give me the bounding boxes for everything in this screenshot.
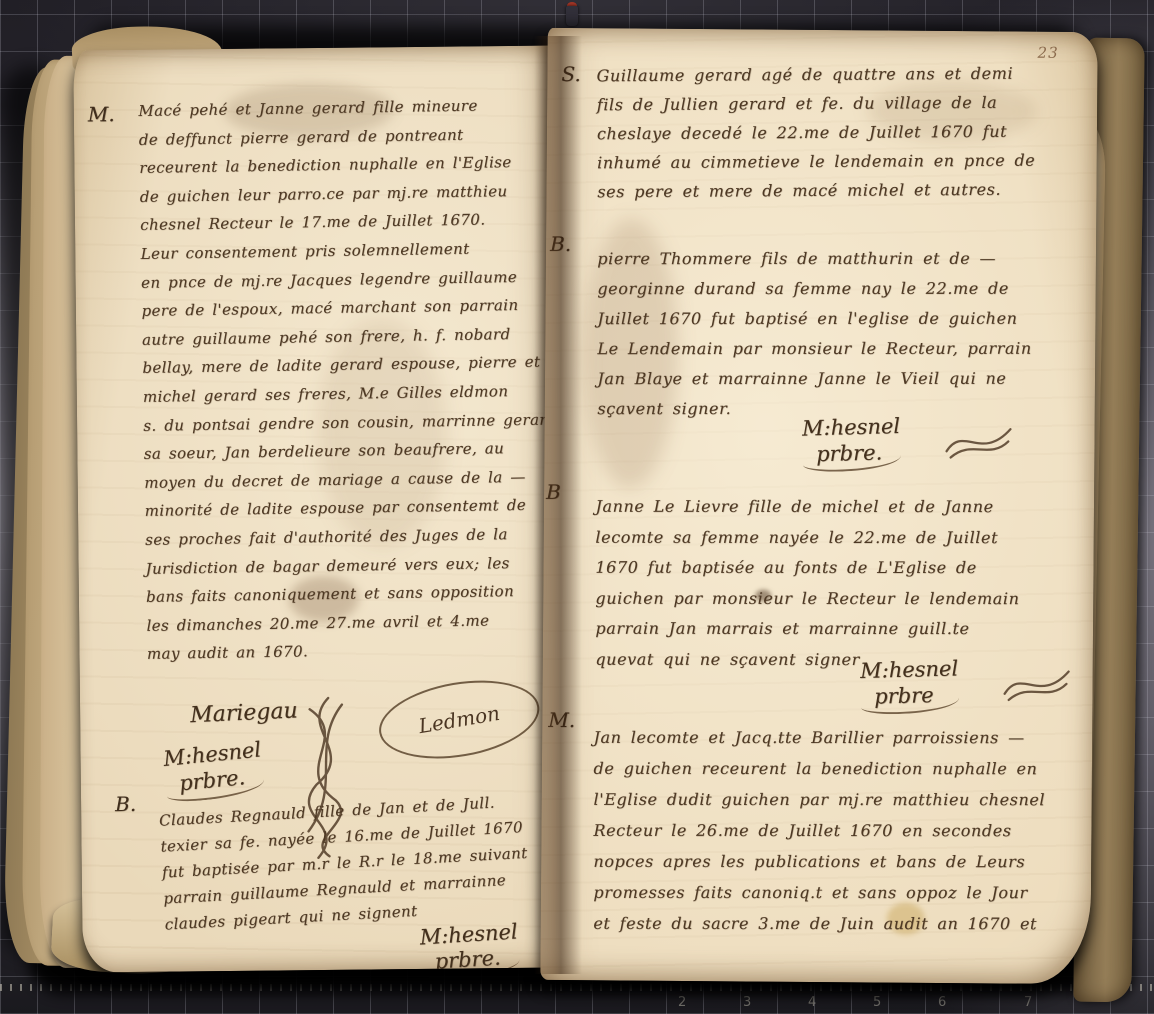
record-marriage-pehe-gerard: Macé pehé et Janne gerard fille mineure …: [138, 90, 561, 668]
record-burial-guillaume-gerard: Guillaume gerard agé de quattre ans et d…: [596, 59, 1035, 207]
mat-marker-body: [566, 6, 578, 26]
record-marriage-lecomte-barillier: Jan lecomte et Jacq.tte Barillier parroi…: [593, 722, 1045, 939]
margin-letter-baptism: B.: [115, 792, 136, 816]
signature-oval-label: Ledmon: [417, 701, 502, 738]
signature-priest-hesnel: M:hesnel prbre.: [419, 919, 520, 972]
left-page: M. Macé pehé et Janne gerard fille mineu…: [73, 46, 565, 973]
record-baptism-thommere: pierre Thommere fils de matthurin et de …: [597, 244, 1032, 424]
ruler-number: 7: [1024, 995, 1032, 1010]
mat-marker: [563, 0, 581, 26]
gutter-shadow: [534, 36, 582, 974]
signature-priest-hesnel: M:hesnel prbre.: [162, 736, 265, 803]
signature-swash-flourish: [1000, 659, 1072, 708]
page-number: 23: [1037, 44, 1058, 62]
ruler-number: 3: [743, 995, 751, 1010]
signature-swash-flourish: [942, 417, 1014, 466]
margin-letter-marriage: M.: [88, 102, 115, 126]
ruler-number: 4: [808, 995, 816, 1010]
ruler-number: 2: [678, 995, 686, 1010]
signature-priest-hesnel: M:hesnel prbre.: [802, 413, 901, 473]
record-baptism-regnauld: Claudes Regnauld fille de Jan et de Jull…: [158, 788, 531, 938]
signature-priest-hesnel: M:hesnel prbre: [860, 655, 959, 715]
record-baptism-le-lievre: Janne Le Lievre fille de michel et de Ja…: [595, 492, 1019, 675]
ruler-number: 6: [938, 995, 946, 1010]
manuscript-photo: 2 3 4 5 6 7 ʒ ʒ ʒ ʒ ʒ ʒ M. Macé pehé et …: [0, 0, 1154, 1014]
signature-oval-ledmon: Ledmon: [373, 670, 545, 770]
ruler-number: 5: [873, 995, 881, 1010]
right-page: 23 S. Guillaume gerard agé de quattre an…: [540, 28, 1097, 984]
